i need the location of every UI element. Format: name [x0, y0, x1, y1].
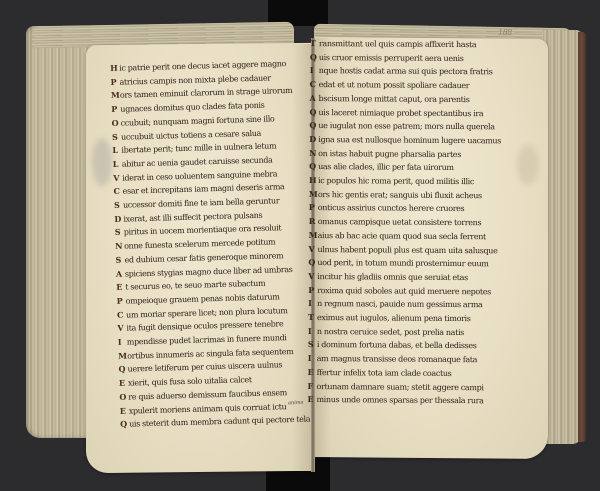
folio-number: 188: [498, 28, 512, 37]
verse-line: Mors hic gentis erat; sanguis ubi fluxit…: [309, 188, 489, 203]
verse-initial: T: [310, 37, 319, 50]
verse-line: Romanus campisque uetat consistere torre…: [309, 215, 489, 230]
verse-line: Cedat et ut notum possit spoliare cadaue…: [310, 78, 490, 93]
verse-line: In regnum nasci, pauide num gessimus arm…: [308, 297, 488, 312]
verse-text: on istas habuit pugne pharsalia partes: [318, 148, 461, 162]
verse-text: aius ab hac acie quam quod sua secla fer…: [318, 230, 486, 244]
verse-initial: L: [113, 158, 122, 171]
verse-line: Si dominum fortuna dabas, et bella dedis…: [308, 338, 488, 353]
verse-text: onticus assirius cunctos herere cruores: [318, 202, 465, 216]
verse-initial: P: [117, 295, 126, 308]
verse-initial: Q: [309, 106, 318, 119]
verse-initial: Q: [120, 418, 129, 431]
verse-line: Vincitur his gladiis omnis que seruiat e…: [308, 270, 488, 285]
verse-line: Proxima quid soboles aut quid meruere ne…: [308, 284, 488, 299]
verse-line: Quis laceret nimiaque probet spectantibu…: [309, 106, 489, 121]
verse-initial: E: [120, 404, 129, 417]
interlinear-gloss: anima: [288, 400, 304, 407]
verse-line: Abscisum longe mittat caput, ora parenti…: [310, 92, 490, 107]
verse-line: Teximus aut iugulos, alienum pena timori…: [308, 311, 488, 326]
verse-initial: E: [308, 366, 317, 379]
verse-initial: S: [114, 199, 123, 212]
verse-initial: T: [308, 311, 317, 324]
verse-initial: A: [310, 92, 319, 105]
verse-initial: I: [310, 64, 319, 77]
verse-initial: H: [110, 62, 119, 75]
verse-line: Fortunam damnare suam; stetit aggere cam…: [308, 380, 488, 395]
verse-initial: M: [111, 89, 120, 102]
verse-line: Iam magnus transisse deos romanaque fata: [308, 352, 488, 367]
verse-initial: Q: [309, 119, 318, 132]
verse-initial: E: [116, 281, 125, 294]
manuscript-photo: 188 Hic patrie perit one decus iacet agg…: [0, 0, 600, 491]
left-page-text: Hic patrie perit one decus iacet aggere …: [110, 57, 300, 432]
verse-text: am magnus transisse deos romanaque fata: [317, 353, 477, 367]
verse-line: Vulnus habent populi plus est quam uita …: [308, 243, 488, 258]
verse-text: uas alie clades, illic per fata uirorum: [318, 161, 454, 175]
verse-line: Ponticus assirius cunctos herere cruores: [309, 201, 489, 216]
verse-initial: M: [309, 229, 318, 242]
verse-text: minus unde omnes sparsas per thessala ru…: [316, 394, 483, 408]
verse-line: Quod perit, in totum mundi prosternimur …: [308, 256, 488, 271]
verse-initial: C: [113, 185, 122, 198]
verse-initial: V: [117, 322, 126, 335]
verse-text: roxima quid soboles aut quid meruere nep…: [317, 285, 491, 299]
verse-text: omanus campisque uetat consistere torren…: [318, 216, 482, 230]
verse-text: edat et ut notum possit spoliare cadauer: [319, 79, 470, 93]
verse-text: ors hic gentis erat; sanguis ubi fluxit …: [318, 189, 482, 203]
verse-initial: P: [308, 284, 317, 297]
verse-text: uis cruor emissis perruperit aera uenis: [319, 52, 464, 66]
verse-text: eximus aut iugulos, alienum pena timoris: [317, 312, 471, 326]
verse-line: Quis cruor emissis perruperit aera uenis: [310, 51, 490, 66]
verse-text: ic populos hic roma perit, quod militis …: [318, 175, 474, 189]
verse-initial: D: [114, 212, 123, 225]
verse-line: Non istas habuit pugne pharsalia partes: [309, 147, 489, 162]
verse-initial: I: [308, 352, 317, 365]
verse-initial: L: [112, 144, 121, 157]
verse-text: bscisum longe mittat caput, ora parentis: [319, 93, 470, 107]
verse-initial: O: [112, 117, 121, 130]
verse-initial: I: [308, 325, 317, 338]
verse-initial: V: [308, 270, 317, 283]
verse-text: n nostra ceruice sedet, post prelia nati…: [317, 326, 464, 340]
verse-initial: Q: [310, 51, 319, 64]
water-stain: [517, 145, 539, 185]
verse-line: In nostra ceruice sedet, post prelia nat…: [308, 325, 488, 340]
verse-initial: Q: [308, 256, 317, 269]
verse-line: Maius ab hac acie quam quod sua secla fe…: [309, 229, 489, 244]
verse-line: Transmittant uel quis campis affixerit h…: [310, 37, 490, 52]
verse-initial: Q: [118, 363, 127, 376]
verse-text: nque hostis cadat arma sui quis pectora …: [319, 65, 493, 79]
verse-line: Hic populos hic roma perit, quod militis…: [309, 174, 489, 189]
leather-binding: [578, 32, 586, 442]
verse-text: i dominum fortuna dabas, et bella dediss…: [317, 340, 477, 354]
verse-text: ortunam damnare suam; stetit aggere camp…: [317, 381, 484, 395]
verse-text: uis laceret nimiaque probet spectantibus…: [318, 107, 483, 121]
verse-initial: P: [111, 103, 120, 116]
verse-line: Effertur infelix tota iam clade coactus: [308, 366, 488, 381]
verse-initial: M: [118, 349, 127, 362]
verse-initial: I: [118, 336, 127, 349]
verse-initial: V: [308, 243, 317, 256]
verse-initial: N: [309, 147, 318, 160]
verse-initial: S: [115, 226, 124, 239]
verse-initial: F: [308, 380, 317, 393]
verse-text: incitur his gladiis omnis que seruiat et…: [317, 271, 468, 285]
verse-initial: P: [309, 201, 318, 214]
verse-initial: N: [115, 240, 124, 253]
verse-line: Quas alie clades, illic per fata uirorum: [309, 160, 489, 175]
verse-initial: S: [308, 338, 317, 351]
verse-initial: S: [115, 254, 124, 267]
verse-text: ffertur infelix tota iam clade coactus: [317, 367, 452, 381]
verse-line: Digna sua est nullosque hominum lugere u…: [309, 133, 489, 148]
right-fore-edge: [542, 30, 582, 444]
verse-line: Eminus unde omnes sparsas per thessala r…: [307, 393, 487, 408]
verse-initial: I: [308, 297, 317, 310]
verse-initial: M: [309, 188, 318, 201]
verse-initial: D: [309, 133, 318, 146]
verse-initial: Q: [309, 160, 318, 173]
verse-initial: S: [112, 130, 121, 143]
verse-initial: O: [119, 390, 128, 403]
verse-initial: V: [113, 171, 122, 184]
verse-initial: R: [309, 215, 318, 228]
verse-line: Que iugulat non esse patrem; mors nulla …: [309, 119, 489, 134]
verse-text: ransmittant uel quis campis affixerit ha…: [319, 38, 476, 52]
verse-initial: A: [116, 267, 125, 280]
verse-text: igna sua est nullosque hominum lugere ua…: [318, 134, 501, 148]
right-page-text: Transmittant uel quis campis affixerit h…: [307, 37, 490, 408]
verse-initial: P: [110, 75, 119, 88]
verse-initial: C: [310, 78, 319, 91]
verse-text: n regnum nasci, pauide num gessimus arma: [317, 298, 482, 312]
verse-initial: H: [309, 174, 318, 187]
verse-initial: C: [117, 308, 126, 321]
verse-text: ulnus habent populi plus est quam uita s…: [317, 244, 497, 258]
verse-text: uod perit, in totum mundi prosternimur e…: [317, 257, 488, 271]
verse-initial: E: [307, 393, 316, 406]
verse-initial: E: [119, 377, 128, 390]
verse-line: Inque hostis cadat arma sui quis pectora…: [310, 64, 490, 79]
water-stain: [92, 138, 112, 186]
verse-text: ue iugulat non esse patrem; mors nulla q…: [318, 120, 494, 134]
